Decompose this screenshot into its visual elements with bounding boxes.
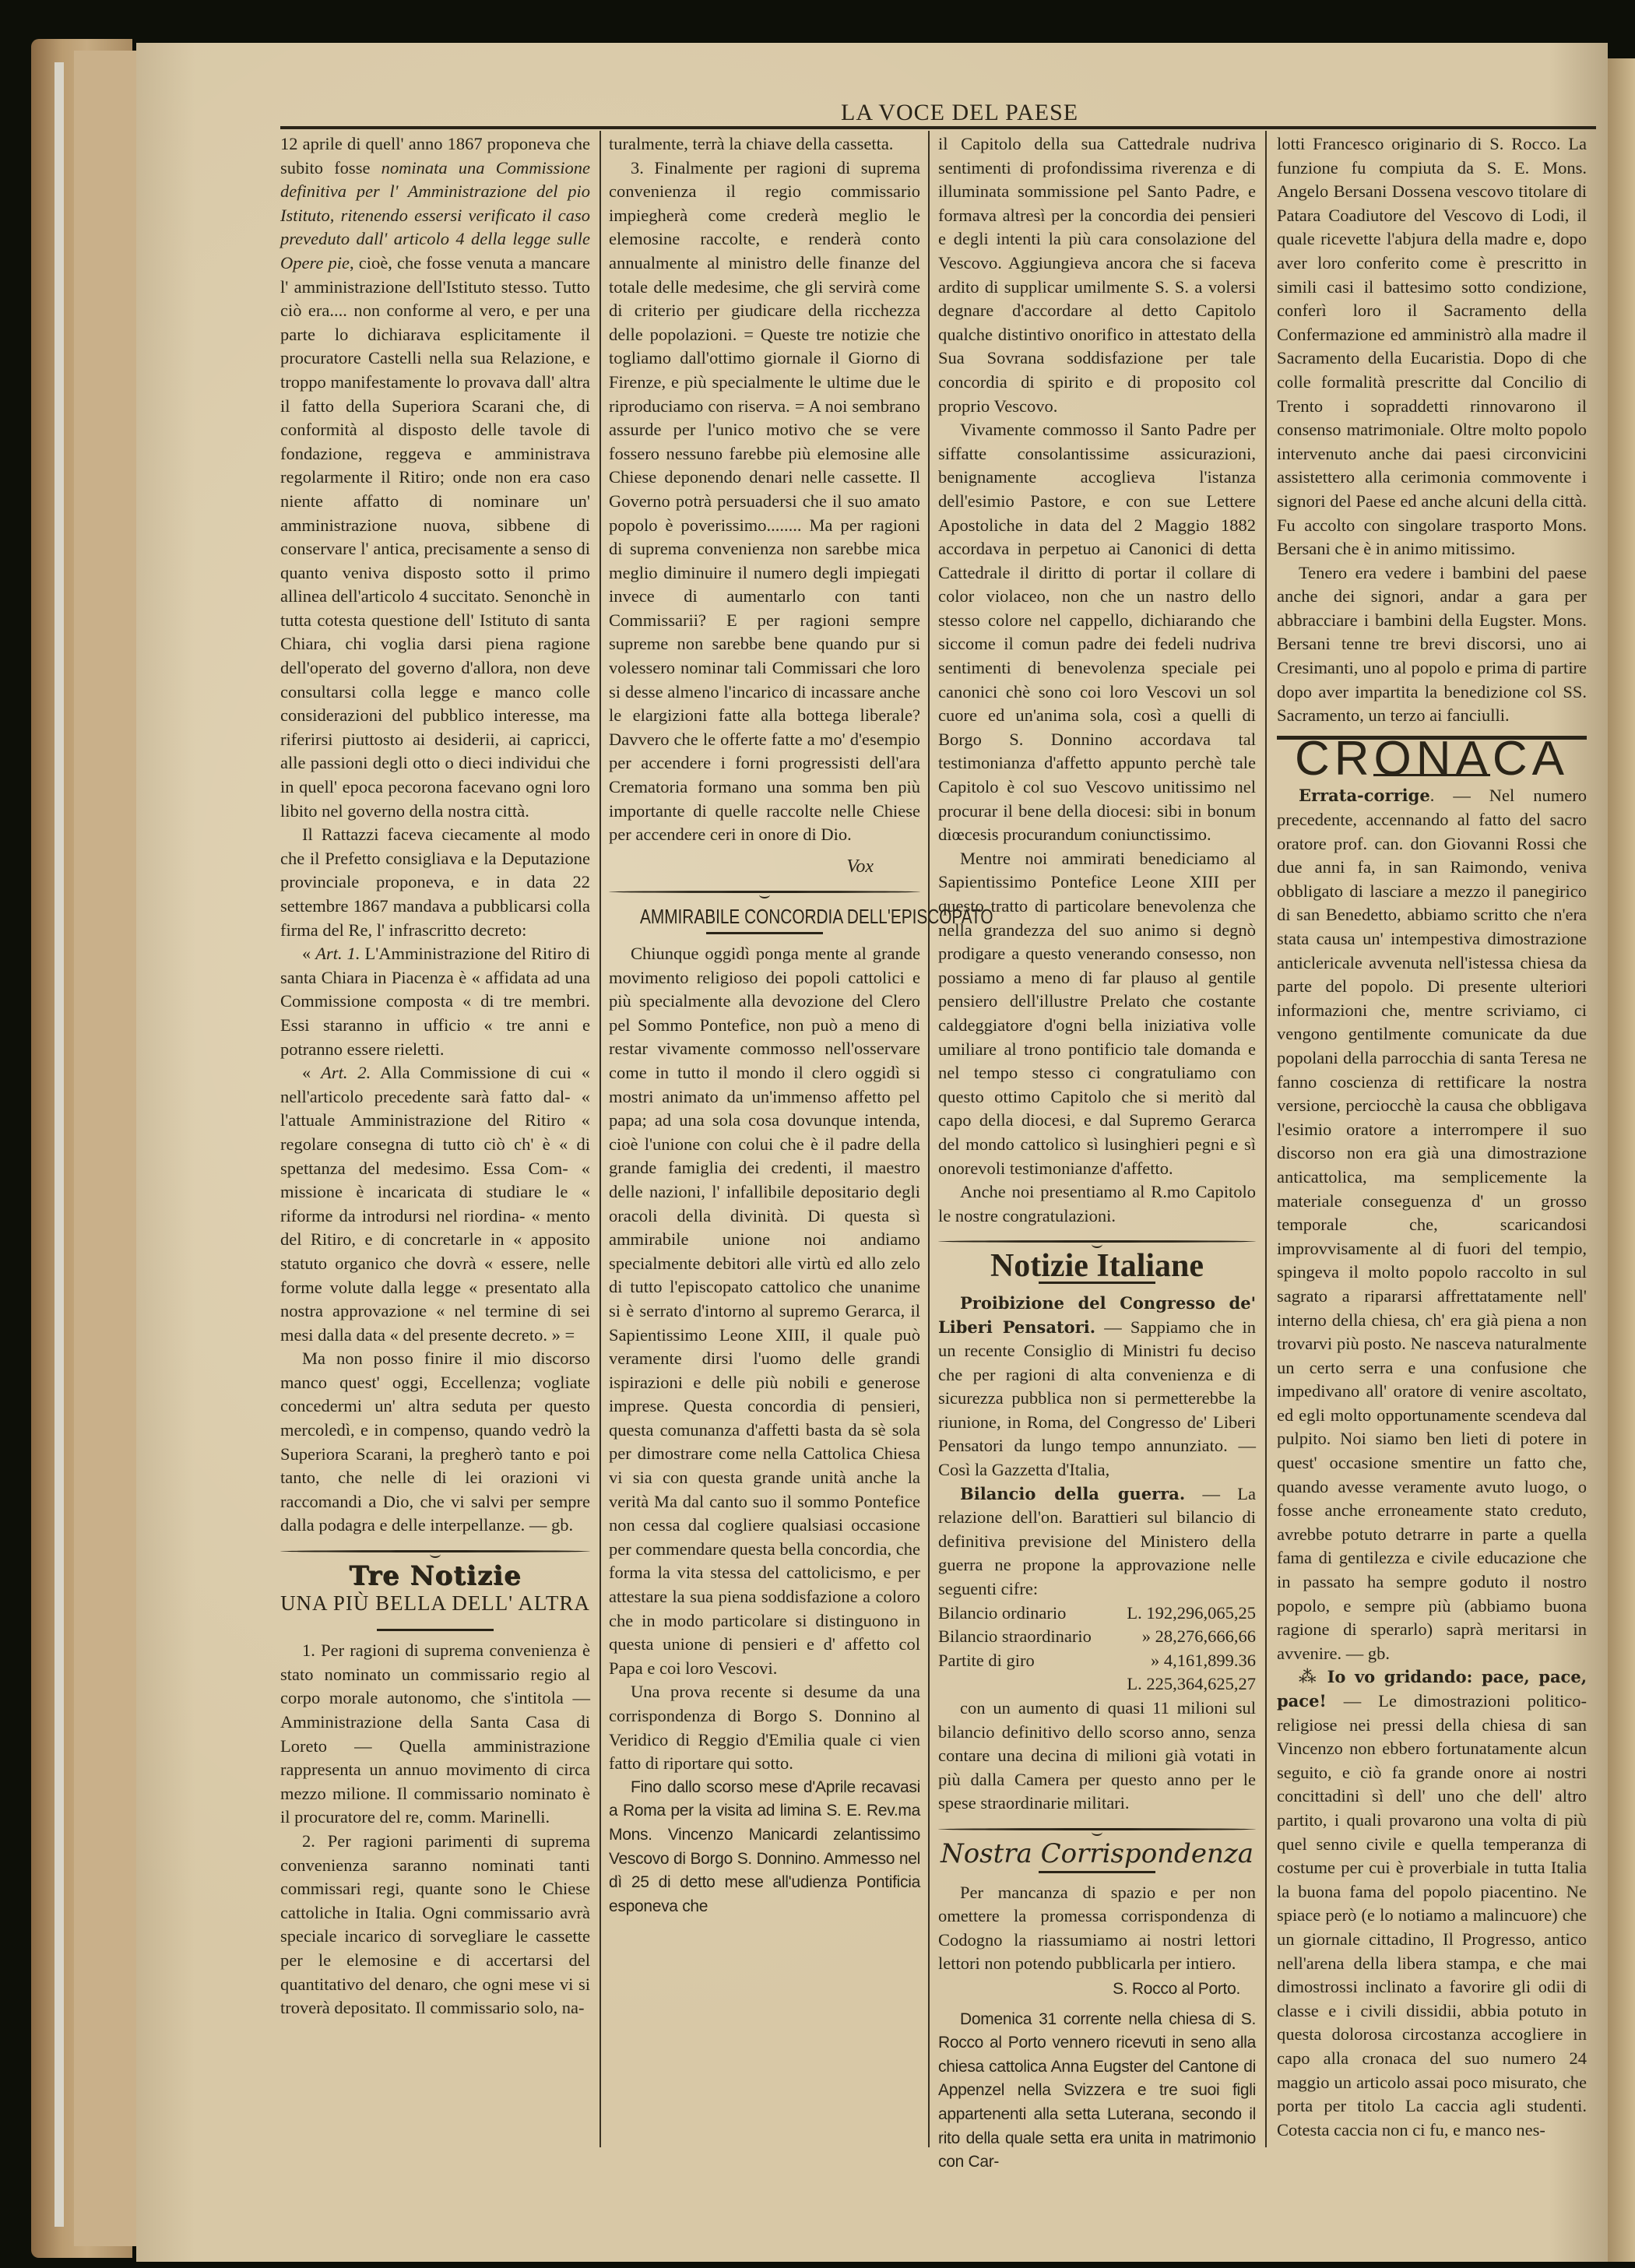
column-1: 12 aprile di quell' anno 1867 proponeva … xyxy=(280,132,590,2020)
figure-row: Partite di giro» 4,161,899.36 xyxy=(938,1649,1256,1673)
section-heading: Notizie Italiane xyxy=(938,1254,1256,1278)
news-item: Bilancio della guerra. — La relazione de… xyxy=(938,1482,1256,1602)
article-paragraph: turalmente, terrà la chiave della casset… xyxy=(609,132,920,156)
article-paragraph: Vivamente commosso il Santo Padre per si… xyxy=(938,418,1256,847)
section-subheading: UNA PIÙ BELLA DELL' ALTRA xyxy=(280,1591,590,1616)
figure-row: Bilancio straordinario» 28,276,666,66 xyxy=(938,1625,1256,1649)
article-paragraph: Chiunque oggidì ponga mente al grande mo… xyxy=(609,942,920,1680)
section-heading: Tre Notizie xyxy=(280,1564,590,1588)
column-4: lotti Francesco originario di S. Rocco. … xyxy=(1277,132,1587,2142)
section-divider xyxy=(938,1825,1256,1836)
article-paragraph: lotti Francesco originario di S. Rocco. … xyxy=(1277,132,1587,561)
article-paragraph: 2. Per ragioni parimenti di suprema conv… xyxy=(280,1830,590,2020)
article-paragraph: Anche noi presentiamo al R.mo Capitolo l… xyxy=(938,1180,1256,1228)
heading-rule xyxy=(377,1629,494,1631)
figure-total-row: L. 225,364,625,27 xyxy=(938,1672,1256,1697)
article-paragraph: Mentre noi ammirati benediciamo al Sapie… xyxy=(938,847,1256,1180)
section-divider xyxy=(280,1547,590,1558)
section-heading: Nostra Corrispondenza xyxy=(938,1842,1256,1866)
column-rule xyxy=(928,131,930,2147)
dateline: S. Rocco al Porto. xyxy=(938,1978,1256,2002)
binding-strip xyxy=(54,62,64,2227)
decree-article-1: « Art. 1. L'Amministrazione del Ritiro d… xyxy=(280,942,590,1061)
article-paragraph: Per mancanza di spazio e per non ometter… xyxy=(938,1881,1256,1976)
header-rule xyxy=(280,126,1596,129)
page-stack xyxy=(113,51,137,2246)
news-item: Proibizione del Congresso de' Liberi Pen… xyxy=(938,1292,1256,1482)
column-3: il Capitolo della sua Cattedrale nudriva… xyxy=(938,132,1256,2175)
column-rule xyxy=(1265,131,1267,2147)
section-heading: AMMIRABILE CONCORDIA DELL'EPISCOPATO xyxy=(640,905,889,929)
article-paragraph: 12 aprile di quell' anno 1867 proponeva … xyxy=(280,132,590,823)
article-paragraph: Una prova recente si desume da una corri… xyxy=(609,1680,920,1775)
running-head: LA VOCE DEL PAESE xyxy=(841,100,1078,126)
facing-page-edge xyxy=(1608,58,1635,2262)
column-2: turalmente, terrà la chiave della casset… xyxy=(609,132,920,1918)
article-paragraph: Ma non posso finire il mio discorso manc… xyxy=(280,1347,590,1538)
asterism-icon: ⁂ xyxy=(1299,1667,1320,1686)
article-paragraph: Il Rattazzi faceva ciecamente al modo ch… xyxy=(280,823,590,942)
article-paragraph: Domenica 31 corrente nella chiesa di S. … xyxy=(938,2008,1256,2175)
article-paragraph: Fino dallo scorso mese d'Aprile recavasi… xyxy=(609,1776,920,1919)
section-heading: CRONACA xyxy=(1277,747,1587,772)
article-paragraph: il Capitolo della sua Cattedrale nudriva… xyxy=(938,132,1256,418)
article-paragraph: con un aumento di quasi 11 milioni sul b… xyxy=(938,1697,1256,1816)
article-paragraph: 1. Per ragioni di suprema convenienza è … xyxy=(280,1639,590,1830)
section-divider xyxy=(609,888,920,898)
article-paragraph: Tenero era vedere i bambini del paese an… xyxy=(1277,561,1587,728)
page-stack xyxy=(93,51,114,2246)
column-rule xyxy=(599,131,601,2147)
heading-rule xyxy=(1039,1871,1155,1873)
budget-figures: Bilancio ordinarioL. 192,296,065,25 Bila… xyxy=(938,1602,1256,1697)
article-paragraph: 3. Finalmente per ragioni di suprema con… xyxy=(609,156,920,847)
news-item: ⁂ Io vo gridando: pace, pace, pace! — Le… xyxy=(1277,1665,1587,2142)
decree-article-2: « Art. 2. Alla Commissione di cui « nell… xyxy=(280,1061,590,1347)
author-signature: Vox xyxy=(609,855,920,879)
news-item: Errata-corrige. — Nel numero precedente,… xyxy=(1277,784,1587,1665)
section-divider xyxy=(938,1237,1256,1248)
figure-row: Bilancio ordinarioL. 192,296,065,25 xyxy=(938,1602,1256,1626)
heading-rule xyxy=(706,932,823,934)
